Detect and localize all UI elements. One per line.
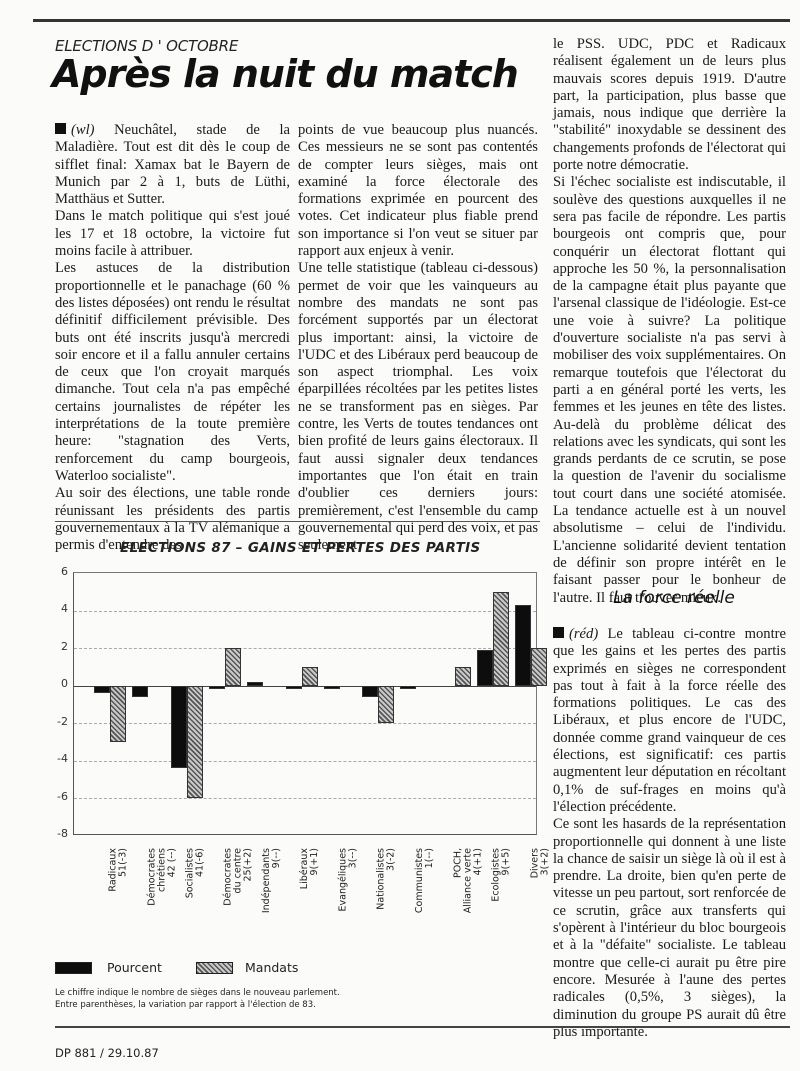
x-axis-label: Nationalistes 3(-2) bbox=[347, 848, 377, 948]
bar-mandats bbox=[187, 686, 203, 799]
bar-mandats bbox=[455, 667, 471, 686]
x-axis-label: Libéraux 9(+1) bbox=[271, 848, 301, 948]
chart-note: Entre parenthèses, la variation par rapp… bbox=[55, 1000, 316, 1010]
y-tick: -8 bbox=[52, 827, 68, 840]
gridline bbox=[74, 723, 536, 724]
issue-footer: DP 881 / 29.10.87 bbox=[55, 1046, 159, 1060]
bar-pourcent bbox=[171, 686, 187, 769]
paragraph: Ce sont les hasards de la représentation… bbox=[553, 816, 786, 1041]
y-tick: 4 bbox=[52, 602, 68, 615]
y-tick: 2 bbox=[52, 640, 68, 653]
chart-note: Le chiffre indique le nombre de sièges d… bbox=[55, 988, 340, 998]
bar-mandats bbox=[531, 648, 547, 686]
x-axis-label: Démocrates du centre 25(+2) bbox=[194, 848, 224, 948]
bar-chart-plot bbox=[73, 572, 537, 835]
x-axis-label: Indépendants 9(--) bbox=[232, 848, 262, 948]
lead-paragraph: (wl) Neuchâtel, stade de la Maladière. T… bbox=[55, 122, 290, 208]
gridline bbox=[74, 611, 536, 612]
bar-pourcent bbox=[362, 686, 378, 697]
legend-label-mandats: Mandats bbox=[245, 960, 298, 975]
bar-mandats bbox=[110, 686, 126, 742]
y-tick: 0 bbox=[52, 677, 68, 690]
x-axis-label: Socialistes 41(-6) bbox=[156, 848, 186, 948]
paragraph: Dans le match politique qui s'est joué l… bbox=[55, 208, 290, 260]
x-axis-label: Radicaux 51(-3) bbox=[79, 848, 109, 948]
x-axis-label: Evangéliques 3(--) bbox=[309, 848, 339, 948]
bar-pourcent bbox=[132, 686, 148, 697]
paragraph: le PSS. UDC, PDC et Radicaux réalisent é… bbox=[553, 36, 786, 174]
paragraph: Si l'échec socialiste est indiscutable, … bbox=[553, 174, 786, 606]
x-axis-label: Communistes 1(--) bbox=[385, 848, 415, 948]
bar-mandats bbox=[493, 592, 509, 686]
x-axis-label: Divers 3(+2) bbox=[500, 848, 530, 948]
sidebar-column: (réd) Le tableau ci-contre montre que le… bbox=[553, 626, 786, 1041]
bar-pourcent bbox=[324, 686, 340, 690]
gridline bbox=[74, 648, 536, 649]
bar-pourcent bbox=[515, 605, 531, 686]
chart-top-rule bbox=[55, 521, 540, 522]
article-column-2: points de vue beaucoup plus nuancés. Ces… bbox=[298, 122, 538, 554]
bar-pourcent bbox=[247, 682, 263, 686]
legend-label-pourcent: Pourcent bbox=[107, 960, 162, 975]
headline: Après la nuit du match bbox=[52, 52, 518, 96]
legend-swatch-pourcent bbox=[55, 962, 92, 974]
author-tag: (réd) bbox=[569, 626, 598, 642]
y-tick: 6 bbox=[52, 565, 68, 578]
y-tick: -2 bbox=[52, 715, 68, 728]
y-tick: -4 bbox=[52, 752, 68, 765]
article-column-1: (wl) Neuchâtel, stade de la Maladière. T… bbox=[55, 122, 290, 554]
article-column-3: le PSS. UDC, PDC et Radicaux réalisent é… bbox=[553, 36, 786, 607]
bar-pourcent bbox=[209, 686, 225, 689]
lead-paragraph: (réd) Le tableau ci-contre montre que le… bbox=[553, 626, 786, 816]
bar-mandats bbox=[302, 667, 318, 686]
y-tick: -6 bbox=[52, 790, 68, 803]
author-tag: (wl) bbox=[71, 122, 95, 138]
paragraph: Une telle statistique (tableau ci-dessou… bbox=[298, 260, 538, 554]
paragraph: points de vue beaucoup plus nuancés. Ces… bbox=[298, 122, 538, 260]
top-rule bbox=[33, 19, 790, 22]
bar-pourcent bbox=[286, 686, 302, 689]
bar-pourcent bbox=[400, 686, 416, 689]
gridline bbox=[74, 798, 536, 799]
x-axis-label: Ecologistes 9(+5) bbox=[462, 848, 492, 948]
bottom-rule bbox=[55, 1026, 790, 1028]
x-axis-label: Démocrates chrétiens 42 (--) bbox=[117, 848, 147, 948]
paragraph: Les astuces de la distribution proportio… bbox=[55, 260, 290, 485]
bar-pourcent bbox=[94, 686, 110, 694]
bar-mandats bbox=[378, 686, 394, 724]
chart-title: ELECTIONS 87 – GAINS ET PERTES DES PARTI… bbox=[120, 540, 480, 556]
gridline bbox=[74, 761, 536, 762]
bar-pourcent bbox=[477, 650, 493, 686]
x-axis-label: POCH, Alliance verte 4(+1) bbox=[424, 848, 454, 948]
bar-mandats bbox=[225, 648, 241, 686]
legend-swatch-mandats bbox=[196, 962, 233, 974]
sidebar-subhead: La force réelle bbox=[548, 588, 800, 608]
